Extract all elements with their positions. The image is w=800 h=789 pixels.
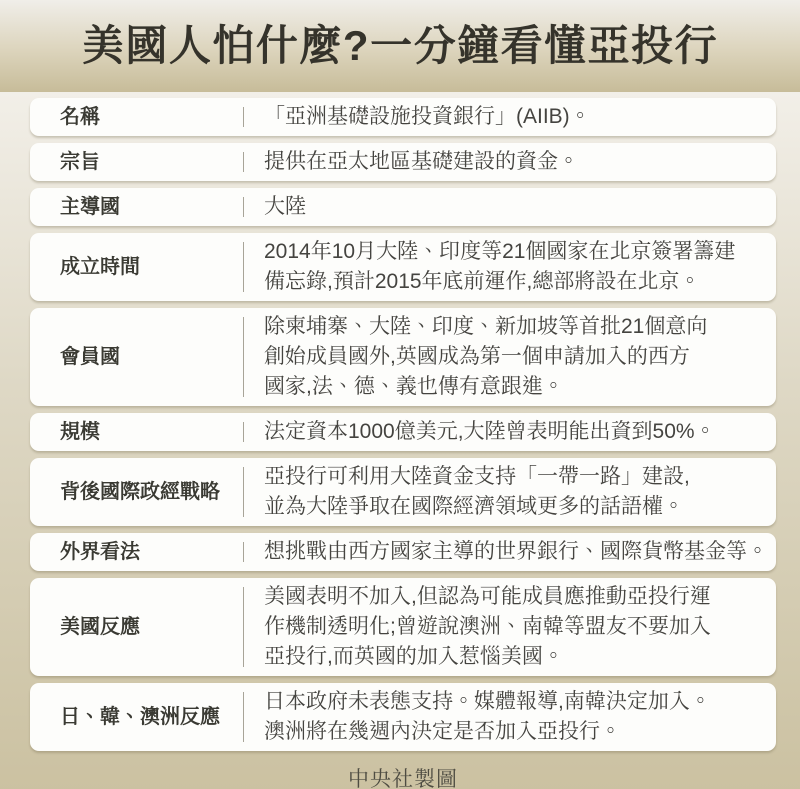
row-label: 成立時間 (30, 254, 243, 280)
infographic-page: 美國人怕什麼?一分鐘看懂亞投行 名稱 「亞洲基礎設施投資銀行」(AIIB)。 宗… (0, 0, 800, 789)
table-row-7: 背後國際政經戰略 亞投行可利用大陸資金支持「一帶一路」建設, 並為大陸爭取在國際… (30, 458, 776, 526)
title-banner: 美國人怕什麼?一分鐘看懂亞投行 (0, 0, 800, 92)
row-label: 外界看法 (30, 539, 243, 565)
table-row-8: 外界看法 想挑戰由西方國家主導的世界銀行、國際貨幣基金等。 (30, 533, 776, 571)
row-content: 想挑戰由西方國家主導的世界銀行、國際貨幣基金等。 (244, 537, 776, 567)
row-label: 主導國 (30, 194, 243, 220)
row-content: 除柬埔寨、大陸、印度、新加坡等首批21個意向 創始成員國外,英國成為第一個申請加… (244, 312, 776, 402)
row-content: 法定資本1000億美元,大陸曾表明能出資到50%。 (244, 417, 776, 447)
row-content: 大陸 (244, 192, 776, 222)
row-label: 背後國際政經戰略 (30, 479, 243, 505)
row-label: 規模 (30, 419, 243, 445)
row-content: 「亞洲基礎設施投資銀行」(AIIB)。 (244, 102, 776, 132)
page-title: 美國人怕什麼?一分鐘看懂亞投行 (82, 25, 718, 67)
table-row-5: 會員國 除柬埔寨、大陸、印度、新加坡等首批21個意向 創始成員國外,英國成為第一… (30, 308, 776, 406)
row-content: 提供在亞太地區基礎建設的資金。 (244, 147, 776, 177)
row-content: 2014年10月大陸、印度等21個國家在北京簽署籌建 備忘錄,預計2015年底前… (244, 237, 776, 297)
table-row-2: 宗旨 提供在亞太地區基礎建設的資金。 (30, 143, 776, 181)
row-label: 會員國 (30, 344, 243, 370)
row-content: 日本政府未表態支持。媒體報導,南韓決定加入。 澳洲將在幾週內決定是否加入亞投行。 (244, 687, 776, 747)
row-label: 日、韓、澳洲反應 (30, 704, 243, 730)
table-row-4: 成立時間 2014年10月大陸、印度等21個國家在北京簽署籌建 備忘錄,預計20… (30, 233, 776, 301)
row-content: 亞投行可利用大陸資金支持「一帶一路」建設, 並為大陸爭取在國際經濟領域更多的話語… (244, 462, 776, 522)
table-row-1: 名稱 「亞洲基礎設施投資銀行」(AIIB)。 (30, 98, 776, 136)
row-label: 名稱 (30, 104, 243, 130)
table-row-9: 美國反應 美國表明不加入,但認為可能成員應推動亞投行運 作機制透明化;曾遊說澳洲… (30, 578, 776, 676)
table-row-10: 日、韓、澳洲反應 日本政府未表態支持。媒體報導,南韓決定加入。 澳洲將在幾週內決… (30, 683, 776, 751)
info-table: 名稱 「亞洲基礎設施投資銀行」(AIIB)。 宗旨 提供在亞太地區基礎建設的資金… (0, 92, 800, 789)
table-row-6: 規模 法定資本1000億美元,大陸曾表明能出資到50%。 (30, 413, 776, 451)
table-row-3: 主導國 大陸 (30, 188, 776, 226)
row-label: 宗旨 (30, 149, 243, 175)
row-content: 美國表明不加入,但認為可能成員應推動亞投行運 作機制透明化;曾遊說澳洲、南韓等盟… (244, 582, 776, 672)
row-label: 美國反應 (30, 614, 243, 640)
credit-line: 中央社製圖 (30, 758, 776, 789)
